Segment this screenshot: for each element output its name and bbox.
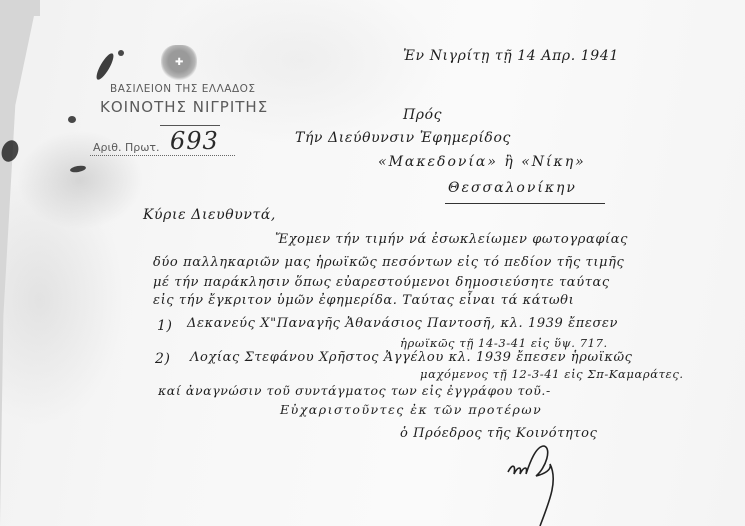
protocol-label: Αριθ. Πρωτ. — [93, 141, 160, 154]
place-date: Ἐν Νιγρίτῃ τῇ 14 Απρ. 1941 — [403, 48, 619, 64]
signature-title: ὁ Πρόεδρος τῆς Κοινότητος — [400, 426, 598, 441]
item-line: Λοχίας Στεφάνου Χρῆστος Ἀγγέλου κλ. 1939… — [190, 350, 633, 365]
royal-crest-icon: ✚ — [161, 45, 197, 81]
recipient-line-2: «Μακεδονία» ἢ «Νίκη» — [378, 154, 586, 170]
recipient-to-label: Πρός — [403, 107, 442, 123]
recipient-line-1: Τήν Διεύθυνσιν Ἐφημερίδος — [295, 130, 511, 146]
body-line: δύο παλληκαριῶν μας ἡρωϊκῶς πεσόντων εἰς… — [153, 255, 624, 270]
salutation: Κύριε Διευθυντά, — [143, 207, 276, 223]
closing-line: καί ἀναγνώσιν τοῦ συντάγματος των εἰς ἐγ… — [158, 383, 551, 398]
kingdom-heading: ΒΑΣΙΛΕΙΟΝ ΤΗΣ ΕΛΛΑΔΟΣ — [110, 83, 256, 95]
item-line: ἡρωϊκῶς τῇ 14-3-41 εἰς ὕψ. 717. — [400, 336, 608, 350]
scan-corner — [0, 0, 40, 16]
city-underline — [445, 203, 605, 204]
item-number: 1) — [157, 318, 173, 334]
divider — [90, 155, 235, 156]
signature-icon — [500, 440, 580, 526]
closing-line: Εὐχαριστοῦντες ἐκ τῶν προτέρων — [280, 402, 542, 417]
body-line: εἰς τήν ἔγκριτον ὑμῶν ἐφημερίδα. Ταύτας … — [153, 293, 574, 308]
community-heading: ΚΟΙΝΟΤΗΣ ΝΙΓΡΙΤΗΣ — [100, 98, 268, 116]
item-line: Δεκανεύς Χ"Παναγῆς Ἀθανάσιος Παντοσῆ, κλ… — [187, 316, 618, 331]
recipient-city: Θεσσαλονίκην — [448, 180, 577, 196]
item-number: 2) — [155, 351, 171, 367]
protocol-number: 693 — [170, 127, 219, 155]
letterhead-stamp: ✚ ΒΑΣΙΛΕΙΟΝ ΤΗΣ ΕΛΛΑΔΟΣ ΚΟΙΝΟΤΗΣ ΝΙΓΡΙΤΗ… — [95, 45, 295, 165]
item-line: μαχόμενος τῇ 12-3-41 εἰς Σπ-Καμαράτες. — [420, 367, 684, 381]
divider — [160, 125, 220, 126]
body-line: μέ τήν παράκλησιν ὅπως εὐαρεστούμενοι δη… — [153, 275, 610, 290]
body-line: Ἔχομεν τήν τιμήν νά ἐσωκλείωμεν φωτογραφ… — [275, 232, 628, 247]
ink-stain — [68, 116, 76, 123]
